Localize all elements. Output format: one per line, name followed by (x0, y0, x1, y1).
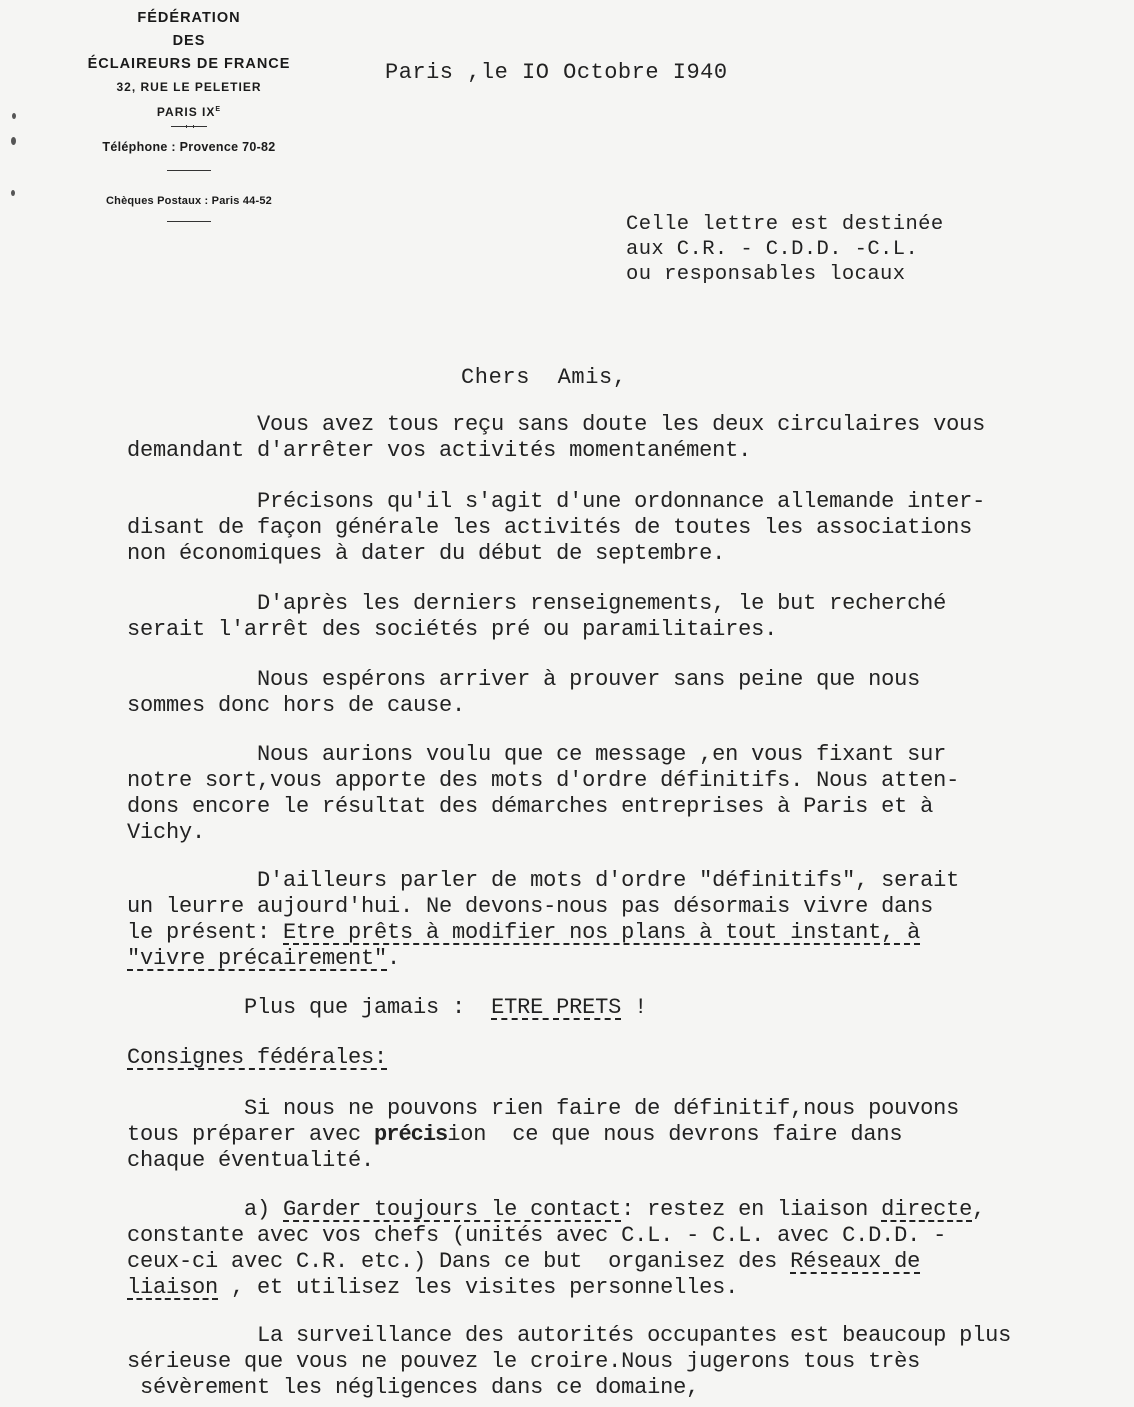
text-fragment: Plus que jamais : (127, 995, 491, 1020)
paragraph-8: Si nous ne pouvons rien faire de définit… (127, 1096, 1117, 1174)
margin-mark (11, 190, 15, 196)
text-line: Vous avez tous reçu sans doute les deux … (127, 412, 985, 437)
underlined-emphasis: liaison (127, 1275, 218, 1300)
letter-page: FÉDÉRATION DES ÉCLAIREURS DE FRANCE 32, … (0, 0, 1134, 1407)
underlined-emphasis: directe (881, 1197, 972, 1222)
text-line: chaque éventualité. (127, 1148, 374, 1173)
text-fragment: , (972, 1197, 985, 1222)
paragraph-1: Vous avez tous reçu sans doute les deux … (127, 412, 1117, 464)
text-line: disant de façon générale les activités d… (127, 515, 972, 540)
salutation: Chers Amis, (461, 365, 627, 390)
letterhead-cheques: Chèques Postaux : Paris 44-52 (58, 195, 320, 207)
text-fragment: ! (621, 995, 647, 1020)
paragraph-5: Nous aurions voulu que ce message ,en vo… (127, 742, 1117, 846)
divider (167, 170, 211, 171)
divider (167, 221, 211, 222)
margin-mark (11, 137, 16, 145)
text-line: Nous espérons arriver à prouver sans pei… (127, 667, 920, 692)
underlined-emphasis: Garder toujours le contact (283, 1197, 621, 1222)
recipients-line: ou responsables locaux (626, 263, 905, 286)
letterhead-city: PARIS IXE (58, 105, 320, 119)
text-line: Si nous ne pouvons rien faire de définit… (127, 1096, 959, 1121)
underlined-emphasis: Réseaux de (790, 1249, 920, 1274)
text-fragment: . (387, 946, 400, 971)
paragraph-9: a) Garder toujours le contact: restez en… (127, 1197, 1117, 1301)
paragraph-7: Plus que jamais : ETRE PRETS ! (127, 995, 1117, 1021)
letterhead-city-name: PARIS IX (157, 105, 215, 119)
text-fragment: ceux-ci avec C.R. etc.) Dans ce but orga… (127, 1249, 790, 1274)
letterhead-phone: Téléphone : Provence 70-82 (58, 140, 320, 154)
paragraph-6: D'ailleurs parler de mots d'ordre "défin… (127, 868, 1117, 972)
paragraph-10: La surveillance des autorités occupantes… (127, 1323, 1117, 1401)
recipients-line: aux C.R. - C.D.D. -C.L. (626, 238, 918, 261)
text-line: demandant d'arrêter vos activités moment… (127, 438, 751, 463)
text-fragment: tous préparer avec (127, 1122, 374, 1147)
underlined-motto: ETRE PRETS (491, 995, 621, 1020)
paragraph-3: D'après les derniers renseignements, le … (127, 591, 1117, 643)
letterhead-org-line3: ÉCLAIREURS DE FRANCE (58, 56, 320, 72)
text-line: D'après les derniers renseignements, le … (127, 591, 946, 616)
text-line: le présent: (127, 920, 283, 945)
text-fragment: ion ce que nous devrons faire dans (447, 1122, 902, 1147)
ornament-divider (171, 126, 207, 127)
paragraph-4: Nous espérons arriver à prouver sans pei… (127, 667, 1117, 719)
text-line: Précisons qu'il s'agit d'une ordonnance … (127, 489, 985, 514)
text-line: dons encore le résultat des démarches en… (127, 794, 933, 819)
text-line: Nous aurions voulu que ce message ,en vo… (127, 742, 946, 767)
text-fragment: a) (127, 1197, 283, 1222)
text-line: sévèrement les négligences dans ce domai… (127, 1375, 699, 1400)
underlined-emphasis: "vivre précairement" (127, 946, 387, 971)
text-line: non économiques à dater du début de sept… (127, 541, 725, 566)
text-line: sérieuse que vous ne pouvez le croire.No… (127, 1349, 920, 1374)
letter-date: Paris ,le IO Octobre I940 (385, 60, 728, 85)
paragraph-2: Précisons qu'il s'agit d'une ordonnance … (127, 489, 1117, 567)
text-line: un leurre aujourd'hui. Ne devons-nous pa… (127, 894, 933, 919)
text-fragment: , et utilisez les visites personnelles. (218, 1275, 738, 1300)
text-line: notre sort,vous apporte des mots d'ordre… (127, 768, 959, 793)
text-line: Vichy. (127, 820, 205, 845)
text-line: constante avec vos chefs (unités avec C.… (127, 1223, 946, 1248)
text-line: La surveillance des autorités occupantes… (127, 1323, 1011, 1348)
letterhead-address: 32, RUE LE PELETIER (58, 80, 320, 94)
letterhead-city-suffix: E (215, 106, 221, 113)
letterhead: FÉDÉRATION DES ÉCLAIREURS DE FRANCE 32, … (58, 8, 320, 222)
text-line: sommes donc hors de cause. (127, 693, 465, 718)
overtyped-word: précis (374, 1122, 447, 1147)
recipients-block: Celle lettre est destinée aux C.R. - C.D… (626, 212, 944, 287)
text-line: D'ailleurs parler de mots d'ordre "défin… (127, 868, 959, 893)
section-heading: Consignes fédérales: (127, 1045, 1117, 1071)
letterhead-org-line1: FÉDÉRATION (58, 10, 320, 26)
letterhead-org-line2: DES (58, 33, 320, 49)
heading-consignes: Consignes fédérales: (127, 1045, 387, 1070)
underlined-emphasis: Etre prêts à modifier nos plans à tout i… (283, 920, 920, 945)
text-fragment: : restez en liaison (621, 1197, 881, 1222)
margin-mark (12, 113, 16, 119)
text-line: serait l'arrêt des sociétés pré ou param… (127, 617, 777, 642)
recipients-line: Celle lettre est destinée (626, 213, 944, 236)
